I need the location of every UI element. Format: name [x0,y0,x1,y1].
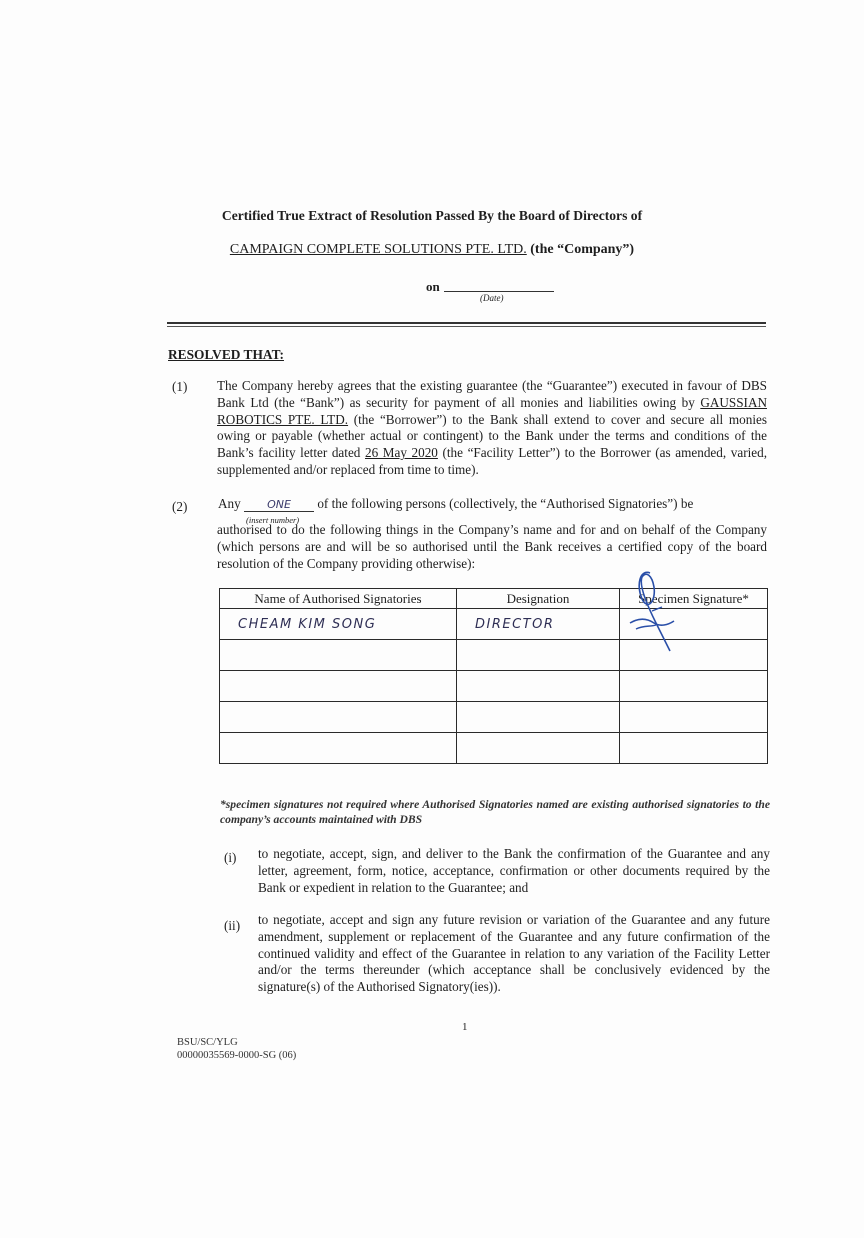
date-caption: (Date) [480,293,504,303]
date-field-line[interactable] [444,291,554,292]
designation-cell[interactable]: DIRECTOR [457,609,620,640]
subclause-ii-text: to negotiate, accept and sign any future… [258,912,770,996]
clause-1-text: The Company hereby agrees that the exist… [217,378,767,479]
reference-line-2: 00000035569-0000-SG (06) [177,1050,296,1063]
resolved-heading: RESOLVED THAT: [168,347,284,363]
clause-2-number: (2) [172,499,187,515]
company-suffix: (the “Company”) [530,242,634,257]
table-footnote: *specimen signatures not required where … [220,797,770,827]
signature-cell[interactable] [620,702,768,733]
signatory-count-field[interactable]: ONE [244,498,314,512]
designation-cell[interactable] [457,640,620,671]
page-number: 1 [462,1021,468,1033]
divider-thick [167,322,766,324]
designation-cell[interactable] [457,702,620,733]
company-name: CAMPAIGN COMPLETE SOLUTIONS PTE. LTD. [230,242,527,257]
handwritten-signature-icon [612,565,692,660]
reference-line-1: BSU/SC/YLG [177,1037,296,1050]
clause-2-first-line: Any ONE of the following persons (collec… [218,496,693,512]
subclause-i-number: (i) [224,850,236,866]
signature-cell[interactable] [620,671,768,702]
reference-block: BSU/SC/YLG 00000035569-0000-SG (06) [177,1037,296,1062]
signatory-name-cell[interactable] [220,733,457,764]
clause-2-part-a: of the following persons (collectively, … [317,496,693,511]
designation-cell[interactable] [457,733,620,764]
company-line: CAMPAIGN COMPLETE SOLUTIONS PTE. LTD. (t… [0,242,864,258]
divider-thin [167,326,766,327]
table-row [220,733,768,764]
signatory-name-cell[interactable] [220,671,457,702]
signatory-name-cell[interactable] [220,702,457,733]
facility-date: 26 May 2020 [365,445,438,460]
on-label: on [426,279,440,295]
header-name: Name of Authorised Signatories [220,589,457,609]
header-designation: Designation [457,589,620,609]
clause-1-number: (1) [172,379,187,395]
subclause-ii-number: (ii) [224,918,240,934]
signature-cell[interactable] [620,733,768,764]
any-label: Any [218,496,241,511]
signatory-name-cell[interactable]: CHEAM KIM SONG [220,609,457,640]
table-row [220,671,768,702]
table-row [220,702,768,733]
document-title: Certified True Extract of Resolution Pas… [0,208,864,224]
designation-cell[interactable] [457,671,620,702]
subclause-i-text: to negotiate, accept, sign, and deliver … [258,846,770,896]
clause-1-part-a: The Company hereby agrees that the exist… [217,378,767,410]
signatory-name-cell[interactable] [220,640,457,671]
